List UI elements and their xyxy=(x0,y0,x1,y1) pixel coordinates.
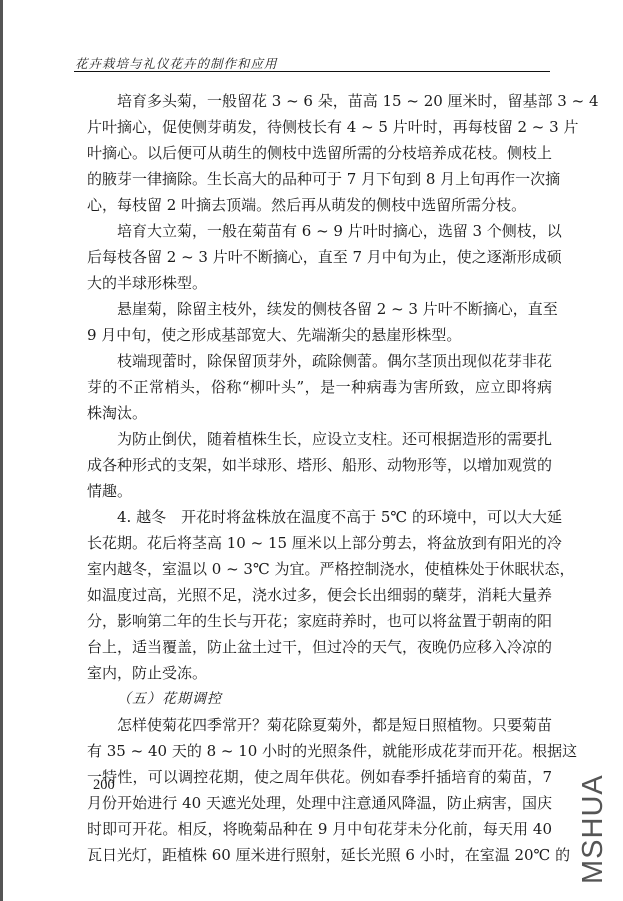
text-line: 分，影响第二年的生长与开花；家庭莳养时，也可以将盆置于朝南的阳 xyxy=(87,608,552,634)
text-line: 的腋芽一律摘除。生长高大的品种可于 7 月下旬到 8 月上旬再作一次摘 xyxy=(87,166,552,192)
header-rule xyxy=(74,71,550,72)
text-line: 后每枝各留 2 ~ 3 片叶不断摘心，直至 7 月中旬为止，使之逐渐形成硕 xyxy=(87,244,552,270)
text-line: 长花期。花后将茎高 10 ~ 15 厘米以上部分剪去，将盆放到有阳光的冷 xyxy=(87,530,552,556)
text-line: 叶摘心。以后便可从萌生的侧枝中选留所需的分枝培养成花枝。侧枝上 xyxy=(87,140,552,166)
page-left-edge xyxy=(0,0,3,901)
text-line: 为防止倒伏，随着植株生长，应设立支柱。还可根据造形的需要扎 xyxy=(87,426,552,452)
text-line: 4. 越冬 开花时将盆株放在温度不高于 5℃ 的环境中，可以大大延 xyxy=(87,504,552,530)
text-line: 培育多头菊，一般留花 3 ~ 6 朵，苗高 15 ~ 20 厘米时，留基部 3 … xyxy=(87,88,552,114)
text-line: 时即可开花。相反，将晚菊品种在 9 月中旬花芽未分化前，每天用 40 xyxy=(87,816,552,842)
text-line: 成各种形式的支架，如半球形、塔形、船形、动物形等，以增加观赏的 xyxy=(87,452,552,478)
text-line: 怎样使菊花四季常开？菊花除夏菊外，都是短日照植物。只要菊苗 xyxy=(87,712,552,738)
page-number: 200 xyxy=(93,777,115,794)
watermark: MSHUA xyxy=(577,774,610,884)
text-line: 室内，防止受冻。 xyxy=(87,660,552,686)
text-line: 心，每枝留 2 叶摘去顶端。然后再从萌发的侧枝中选留所需分枝。 xyxy=(87,192,552,218)
text-line: 室内越冬，室温以 0 ~ 3℃ 为宜。严格控制浇水，使植株处于休眠状态， xyxy=(87,556,552,582)
text-line: 株淘汰。 xyxy=(87,400,552,426)
running-head: 花卉栽培与礼仪花卉的制作和应用 xyxy=(75,54,278,72)
text-line: 月份开始进行 40 天遮光处理，处理中注意通风降温，防止病害，国庆 xyxy=(87,790,552,816)
text-line: 大的半球形株型。 xyxy=(87,270,552,296)
text-line: 台上，适当覆盖，防止盆土过干，但过冷的天气，夜晚仍应移入冷凉的 xyxy=(87,634,552,660)
text-line: 9 月中旬，使之形成基部宽大、先端渐尖的悬崖形株型。 xyxy=(87,322,552,348)
text-line: 情趣。 xyxy=(87,478,552,504)
text-line: 枝端现蕾时，除保留顶芽外，疏除侧蕾。偶尔茎顶出现似花芽非花 xyxy=(87,348,552,374)
text-line: 悬崖菊，除留主枝外，续发的侧枝各留 2 ~ 3 片叶不断摘心，直至 xyxy=(87,296,552,322)
text-line: 瓦日光灯，距植株 60 厘米进行照射，延长光照 6 小时，在室温 20℃ 的 xyxy=(87,842,552,868)
text-line: 片叶摘心，促使侧芽萌发，待侧枝长有 4 ~ 5 片叶时，再每枝留 2 ~ 3 片 xyxy=(87,114,552,140)
text-line: 有 35 ~ 40 天的 8 ~ 10 小时的光照条件，就能形成花芽而开花。根据… xyxy=(87,738,552,764)
text-line: 如温度过高，光照不足，浇水过多，便会长出细弱的蘖芽，消耗大量养 xyxy=(87,582,552,608)
text-line: 一特性，可以调控花期，使之周年供花。例如春季扦插培育的菊苗，7 xyxy=(87,764,552,790)
section-heading: （五）花期调控 xyxy=(87,686,552,712)
body-text: 培育多头菊，一般留花 3 ~ 6 朵，苗高 15 ~ 20 厘米时，留基部 3 … xyxy=(87,88,552,868)
text-line: 培育大立菊，一般在菊苗有 6 ~ 9 片叶时摘心，选留 3 个侧枝，以 xyxy=(87,218,552,244)
text-line: 芽的不正常梢头，俗称“柳叶头”，是一种病毒为害所致，应立即将病 xyxy=(87,374,552,400)
